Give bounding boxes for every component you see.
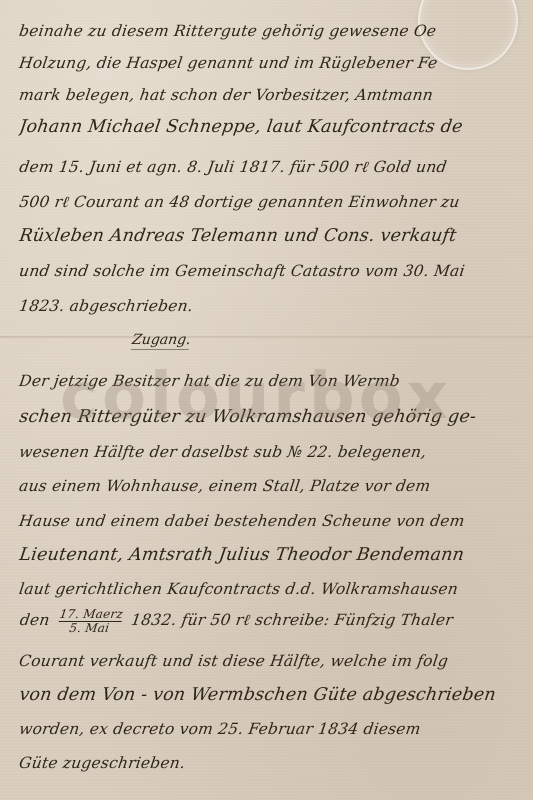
text-line-7: Rüxleben Andreas Telemann und Cons. verk… <box>18 226 533 246</box>
text-line-11: Der jetzige Besitzer hat die zu dem Von … <box>18 372 533 390</box>
paper-fold <box>0 336 533 338</box>
text-line-19: Courant verkauft und ist diese Hälfte, w… <box>18 652 533 670</box>
section-heading: Zugang. <box>131 332 192 350</box>
date-fraction: 17. Maerz 5. Mai <box>57 608 124 634</box>
text-line-20: von dem Von - von Wermbschen Güte abgesc… <box>18 685 533 705</box>
text-line-17: laut gerichtlichen Kaufcontracts d.d. Wo… <box>18 580 533 598</box>
text-line-9: 1823. abgeschrieben. <box>18 297 533 315</box>
text-line-2: Holzung, die Haspel genannt und im Rügle… <box>18 54 533 72</box>
text-line-18: den 17. Maerz 5. Mai 1832. für 50 rℓ sch… <box>18 608 533 634</box>
text-line-8: und sind solche im Gemeinschaft Catastro… <box>18 262 533 280</box>
text-line-22: Güte zugeschrieben. <box>18 754 533 772</box>
text-line-1: beinahe zu diesem Rittergute gehörig gew… <box>18 22 533 40</box>
text-line-6: 500 rℓ Courant an 48 dortige genannten E… <box>18 193 533 212</box>
text-line-16: Lieutenant, Amtsrath Julius Theodor Bend… <box>18 545 533 565</box>
text-line-12: schen Rittergüter zu Wolkramshausen gehö… <box>18 407 533 427</box>
line18-prefix: den <box>19 611 51 629</box>
text-line-3: mark belegen, hat schon der Vorbesitzer,… <box>18 86 533 104</box>
text-line-13: wesenen Hälfte der daselbst sub № 22. be… <box>18 443 533 461</box>
text-line-21: worden, ex decreto vom 25. Februar 1834 … <box>18 720 533 738</box>
text-line-4: Johann Michael Schneppe, laut Kaufcontra… <box>18 117 533 137</box>
text-line-5: dem 15. Juni et agn. 8. Juli 1817. für 5… <box>18 158 533 177</box>
manuscript-page: beinahe zu diesem Rittergute gehörig gew… <box>0 0 533 800</box>
line18-suffix: 1832. für 50 rℓ schreibe: Fünfzig Thaler <box>130 611 454 629</box>
date-bottom: 5. Mai <box>57 622 122 634</box>
text-line-14: aus einem Wohnhause, einem Stall, Platze… <box>18 477 533 495</box>
date-top: 17. Maerz <box>59 608 124 622</box>
text-line-15: Hause und einem dabei bestehenden Scheun… <box>18 512 533 530</box>
